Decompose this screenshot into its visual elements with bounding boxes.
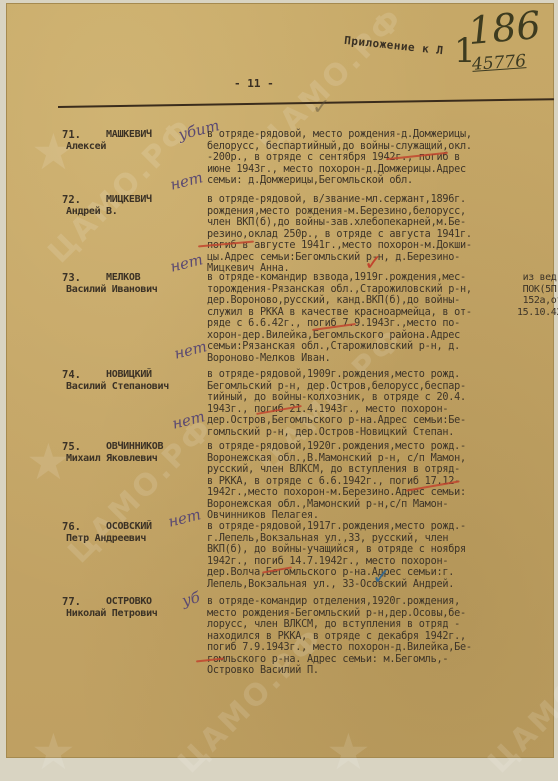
handwritten-mark: нет xyxy=(170,407,206,432)
entry-number: 76. xyxy=(62,521,81,533)
page-number: - 11 - xyxy=(234,77,274,90)
entry-number: 73. xyxy=(62,272,81,284)
handwritten-mark: нет xyxy=(172,337,208,362)
handwritten-file-number: 45776 xyxy=(471,51,526,75)
handwritten-mark: нет xyxy=(168,250,204,275)
star-watermark-icon: ★ xyxy=(31,723,76,768)
entry-surname: МАШКЕВИЧ xyxy=(106,129,152,140)
pencil-check-icon: ✓ xyxy=(312,95,330,120)
entry-side-note: из вед. ПОК(5П) 152а,от 15.10.42 xyxy=(506,272,558,318)
entry-given-names: Василий Иванович xyxy=(66,284,158,295)
red-check-icon: ✓ xyxy=(364,251,382,276)
watermark: ЦАМО.РФ xyxy=(62,411,221,570)
entry-given-names: Николай Петрович xyxy=(66,608,158,619)
entry-text: в отряде-командир отделения,1920г.рожден… xyxy=(207,596,507,677)
document-sheet: ЦАМО.РФ ЦАМО.РФ ЦАМО.РФ ЦАМО.РФ ЦАМО.РФ … xyxy=(6,3,554,758)
entry-surname: ОСОВСКИЙ xyxy=(106,521,152,532)
attachment-stamp: Приложение к Л xyxy=(344,34,445,57)
entry-text: в отряде-рядовой,1917г.рождения,место ро… xyxy=(207,521,507,590)
entry-number: 72. xyxy=(62,194,81,206)
entry-surname: ОСТРОВКО xyxy=(106,596,152,607)
star-watermark-icon: ★ xyxy=(326,723,371,768)
handwritten-mark: уб xyxy=(180,588,202,610)
entry-text: в отряде-рядовой, место рождения-д.Домже… xyxy=(207,129,507,187)
handwritten-mark: нет xyxy=(168,168,204,193)
entry-text: в отряде-рядовой,1909г.рождения,место ро… xyxy=(207,369,507,438)
entry-surname: МЕЛКОВ xyxy=(106,272,140,283)
entry-given-names: Алексей xyxy=(66,141,106,152)
header-divider xyxy=(58,98,554,107)
entry-given-names: Василий Степанович xyxy=(66,381,169,392)
entry-number: 75. xyxy=(62,441,81,453)
entry-text: в отряде-рядовой, в/звание-мл.сержант,18… xyxy=(207,194,507,275)
entry-given-names: Михаил Яковлевич xyxy=(66,453,158,464)
entry-surname: НОВИЦКИЙ xyxy=(106,369,152,380)
entry-text: в отряде-командир взвода,1919г.рождения,… xyxy=(207,272,507,364)
entry-number: 74. xyxy=(62,369,81,381)
handwritten-sheet-number: 186 xyxy=(466,3,542,53)
handwritten-mark: нет xyxy=(166,505,202,530)
blue-check-icon: ✓ xyxy=(372,565,390,590)
entry-number: 77. xyxy=(62,596,81,608)
entry-surname: ОВЧИННИКОВ xyxy=(106,441,163,452)
entry-surname: МИЦКЕВИЧ xyxy=(106,194,152,205)
entry-given-names: Петр Андреевич xyxy=(66,533,146,544)
entry-text: в отряде-рядовой,1920г.рождения,место ро… xyxy=(207,441,507,522)
entry-given-names: Андрей В. xyxy=(66,206,118,217)
entry-number: 71. xyxy=(62,129,81,141)
